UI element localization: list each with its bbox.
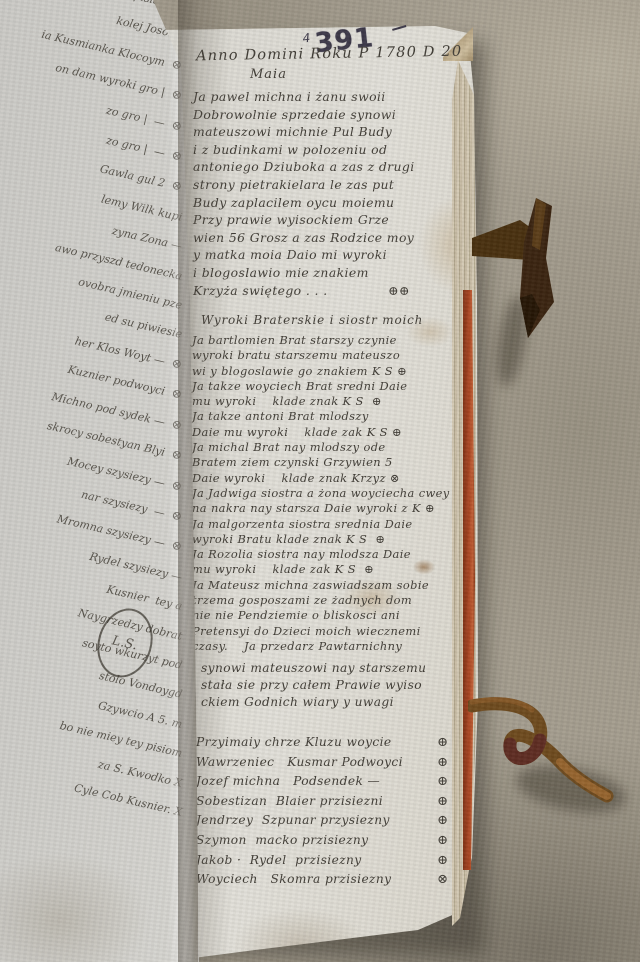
leather-strap-bottom bbox=[468, 688, 618, 818]
stamp-pre-mark: 4 bbox=[302, 31, 311, 46]
leather-strap-top bbox=[470, 190, 570, 350]
manuscript-line: Ja bartlomien Brat starszy czynie bbox=[192, 333, 470, 348]
manuscript-line: ckiem Godnich wiary y uwagi bbox=[201, 694, 471, 711]
manuscript-line: Ja malgorzenta siostra srednia Daie bbox=[192, 517, 470, 532]
seal-label: L.S. bbox=[111, 633, 139, 653]
manuscript-line: i blogoslawio mie znakiem bbox=[193, 264, 463, 282]
witness-row: Jozef michna Podsendek —⊕ bbox=[196, 772, 448, 792]
section-header: Wyroki Braterskie i siostr moich bbox=[201, 313, 423, 327]
manuscript-photo: 4 391 — Anno Domini Roku P 1780 D 20 Mai… bbox=[0, 0, 640, 962]
manuscript-line: trzema gosposzami ze żadnych dom bbox=[192, 593, 470, 608]
cross-mark: ⊕ bbox=[437, 753, 448, 773]
manuscript-line: i z budinkami w polozeniu od bbox=[193, 141, 463, 159]
manuscript-line: Ja Jadwiga siostra a żona woyciecha cwey bbox=[192, 486, 470, 501]
cross-mark: ⊕ bbox=[437, 811, 448, 831]
closing-paragraph: synowi mateuszowi nay starszemustała sie… bbox=[201, 660, 471, 711]
manuscript-line: antoniego Dziuboka a zas z drugi bbox=[193, 158, 463, 176]
manuscript-line: Daie wyroki klade znak Krzyz ⊗ bbox=[192, 471, 470, 486]
cross-mark: ⊗ bbox=[437, 870, 448, 890]
verdicts-paragraph: Ja bartlomien Brat starszy czyniewyroki … bbox=[192, 333, 470, 654]
manuscript-line: Dobrowolnie sprzedaie synowi bbox=[193, 106, 463, 124]
stamp-dash: — bbox=[389, 16, 410, 39]
manuscript-line: Pretensyi do Dzieci moich wiecznemi bbox=[192, 624, 470, 639]
manuscript-line: wyroki bratu starszemu mateuszo bbox=[192, 348, 470, 363]
left-page-text: więzni pisia znakolej Josobaia Kusmianka… bbox=[0, 0, 182, 827]
witness-row: Przyimaiy chrze Kluzu woycie⊕ bbox=[196, 733, 448, 753]
manuscript-line: wi y blogoslawie go znakiem K S ⊕ bbox=[192, 364, 470, 379]
manuscript-line: Bratem ziem czynski Grzywien 5 bbox=[192, 455, 470, 470]
manuscript-line: synowi mateuszowi nay starszemu bbox=[201, 660, 471, 677]
cross-mark: ⊕ bbox=[437, 851, 448, 871]
manuscript-line: na nakra nay starsza Daie wyroki z K ⊕ bbox=[192, 501, 470, 516]
manuscript-line: stała sie przy całem Prawie wyiso bbox=[201, 677, 471, 694]
manuscript-line: Krzyża swiętego . . . ⊕⊕ bbox=[193, 282, 463, 300]
deed-paragraph: Ja pawel michna i żanu swoiiDobrowolnie … bbox=[193, 88, 463, 299]
manuscript-line: mu wyroki klade zak K S ⊕ bbox=[192, 562, 470, 577]
manuscript-line: Ja pawel michna i żanu swoii bbox=[193, 88, 463, 106]
cross-mark: ⊕ bbox=[437, 733, 448, 753]
witness-row: Jendrzey Szpunar przysiezny⊕ bbox=[196, 811, 448, 831]
manuscript-line: nie nie Pendziemie o bliskosci ani bbox=[192, 608, 470, 623]
gutter-shadow bbox=[178, 0, 230, 962]
manuscript-line: Budy zaplacilem oycu moiemu bbox=[193, 194, 463, 212]
manuscript-line: Daie mu wyroki klade zak K S ⊕ bbox=[192, 425, 470, 440]
witness-row: Sobestizan Blaier przisiezni⊕ bbox=[196, 792, 448, 812]
manuscript-line: wien 56 Grosz a zas Rodzice moy bbox=[193, 229, 463, 247]
manuscript-line: Ja takze antoni Brat mlodszy bbox=[192, 409, 470, 424]
cross-mark: ⊕ bbox=[437, 831, 448, 851]
witness-row: Wawrzeniec Kusmar Podwoyci⊕ bbox=[196, 753, 448, 773]
heading-month: Maia bbox=[250, 67, 287, 82]
cross-mark: ⊕ bbox=[437, 772, 448, 792]
witness-row: Woyciech Skomra przisiezny⊗ bbox=[196, 870, 448, 890]
manuscript-line: y matka moia Daio mi wyroki bbox=[193, 246, 463, 264]
manuscript-line: Ja michal Brat nay mlodszy ode bbox=[192, 440, 470, 455]
witness-row: Jakob · Rydel przisiezny⊕ bbox=[196, 851, 448, 871]
manuscript-line: Ja Mateusz michna zaswiadszam sobie bbox=[192, 578, 470, 593]
manuscript-line: mu wyroki klade znak K S ⊕ bbox=[192, 394, 470, 409]
manuscript-line: Ja takze woyciech Brat sredni Daie bbox=[192, 379, 470, 394]
manuscript-line: strony pietrakielara le zas put bbox=[193, 176, 463, 194]
manuscript-line: Ja Rozolia siostra nay mlodsza Daie bbox=[192, 547, 470, 562]
manuscript-line: mateuszowi michnie Pul Budy bbox=[193, 123, 463, 141]
manuscript-line: Przy prawie wyisockiem Grze bbox=[193, 211, 463, 229]
manuscript-line: wyroki Bratu klade znak K S ⊕ bbox=[192, 532, 470, 547]
manuscript-line: czasy. Ja przedarz Pawtarnichny bbox=[192, 639, 470, 654]
witness-row: Szymon macko przisiezny⊕ bbox=[196, 831, 448, 851]
witness-list: Przyimaiy chrze Kluzu woycie⊕Wawrzeniec … bbox=[196, 733, 448, 890]
cross-mark: ⊕ bbox=[437, 792, 448, 812]
